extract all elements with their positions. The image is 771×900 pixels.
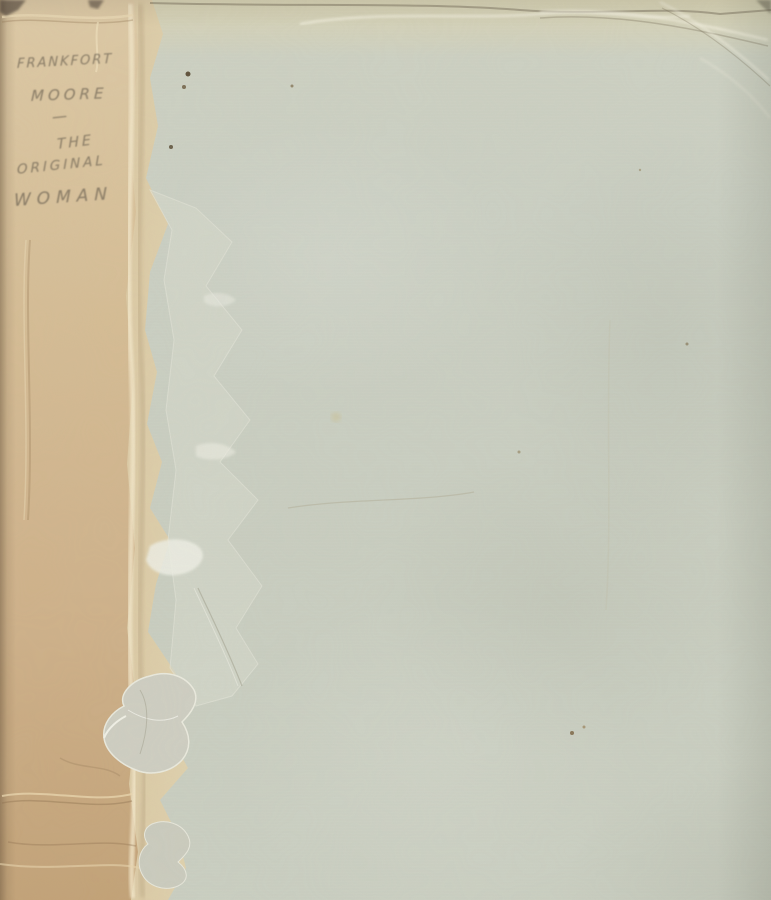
fine-grain-noise: [0, 0, 771, 900]
paper-grain-overlay: [0, 0, 771, 900]
book-photo: FRANKFORT MOORE — THE ORIGINAL WOMAN: [0, 0, 771, 900]
